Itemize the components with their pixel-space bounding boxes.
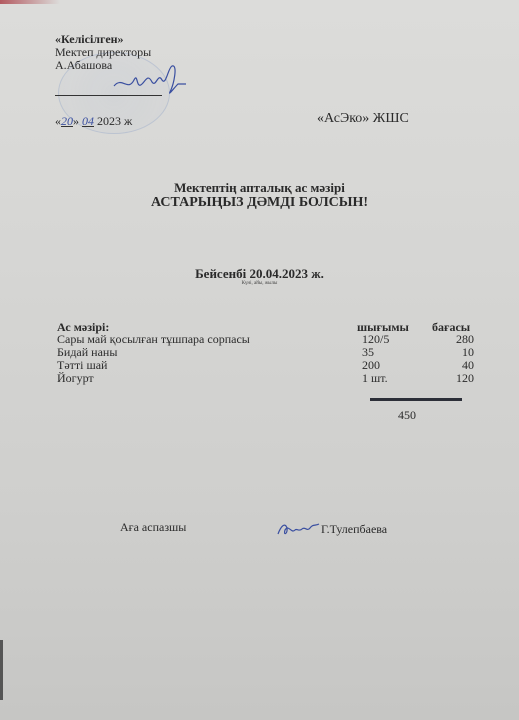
item-price: 120: [437, 372, 474, 385]
company-name: «АсЭко» ЖШС: [317, 111, 409, 127]
heading-line-1: Мектептің апталық ас мәзірі: [0, 180, 519, 195]
table-row: Йогурт 1 шт. 120: [57, 372, 477, 385]
approval-date: «20» 04 2023 ж: [55, 114, 132, 129]
menu-total: 450: [398, 408, 416, 423]
total-divider: [370, 398, 462, 401]
date-year: 2023 ж: [97, 114, 132, 128]
table-row: Бидай наны 35 10: [57, 346, 477, 359]
corner-tint: [0, 0, 60, 4]
director-signature-icon: [112, 62, 192, 102]
date-month: 04: [82, 114, 94, 128]
page-edge-shadow: [0, 640, 3, 700]
day-caption: Күні, айы, жылы: [0, 281, 519, 286]
day-title: Бейсенбі 20.04.2023 ж.: [0, 266, 519, 282]
menu-table: Сары май қосылған тұшпара сорпасы 120/5 …: [57, 333, 477, 385]
menu-heading: Мектептің апталық ас мәзірі АСТАРЫҢЫЗ ДӘ…: [0, 180, 519, 210]
item-qty: 1 шт.: [362, 372, 388, 385]
heading-line-2: АСТАРЫҢЫЗ ДӘМДІ БОЛСЫН!: [0, 195, 519, 210]
signature-line: [55, 95, 162, 96]
table-row: Сары май қосылған тұшпара сорпасы 120/5 …: [57, 333, 477, 346]
menu-document: «Келісілген» Мектеп директоры А.Абашова …: [0, 0, 519, 720]
item-name: Йогурт: [57, 372, 94, 385]
table-row: Тәтті шай 200 40: [57, 359, 477, 372]
date-day: 20: [61, 114, 73, 128]
cook-signature-icon: [275, 518, 321, 540]
cook-role: Аға аспазшы: [120, 520, 186, 535]
cook-name: Г.Тулепбаева: [321, 522, 387, 537]
